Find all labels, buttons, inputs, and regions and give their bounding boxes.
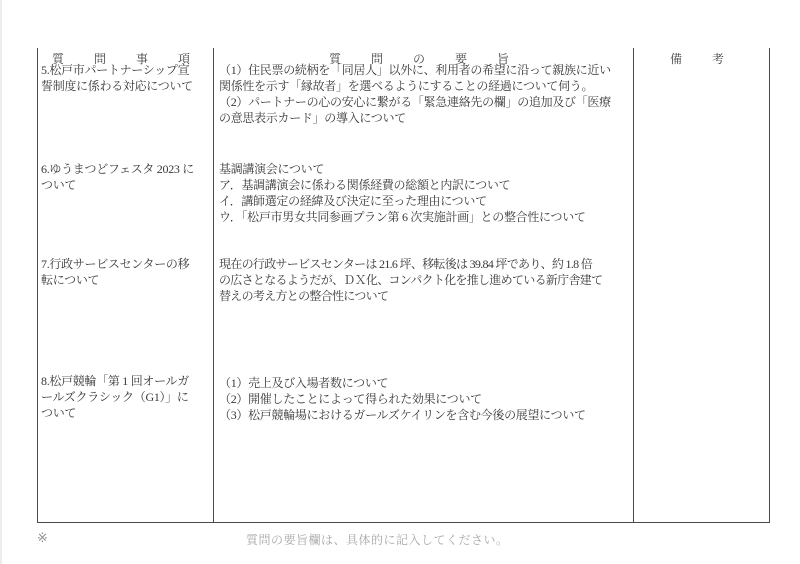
column-question-summary: 質 問 の 要 旨 （1）住民票の続柄を「同居人」以外に、利用者の希望に沿って親… [214,48,634,522]
header-remarks: 備 考 [634,50,769,67]
cell-q6-summary: 基調講演会について ア．基調講演会に係わる関係経費の総額と内訳について イ．講師… [219,161,632,225]
cell-q7-item: 7.行政サービスセンターの移 転について [41,256,211,288]
page-left-edge [0,0,2,564]
column-remarks: 備 考 [634,48,769,522]
cell-q7-summary: 現在の行政サービスセンターは 21.6 坪、移転後は 39.84 坪であり、約 … [219,256,632,304]
cell-q5-item: 5.松戸市パートナーシップ宣 誓制度に係わる対応について [41,62,211,94]
question-table: 質 問 事 項 5.松戸市パートナーシップ宣 誓制度に係わる対応について 6.ゆ… [37,48,770,523]
cell-q8-summary: （1）売上及び入場者数について （2）開催したことによって得られた効果について … [219,375,632,423]
column-question-items: 質 問 事 項 5.松戸市パートナーシップ宣 誓制度に係わる対応について 6.ゆ… [38,48,214,522]
footnote-text: 質問の要旨欄は、具体的に記入してください。 [246,531,509,548]
cell-q6-item: 6.ゆうまつどフェスタ 2023 に ついて [41,161,211,193]
scanned-question-form-page: 質 問 事 項 5.松戸市パートナーシップ宣 誓制度に係わる対応について 6.ゆ… [0,0,800,564]
footnote-marker: ※ [37,530,48,546]
cell-q8-item: 8.松戸競輪「第 1 回オールガ ールズクラシック（G1）」に ついて [41,373,211,421]
cell-q5-summary: （1）住民票の続柄を「同居人」以外に、利用者の希望に沿って親族に近い 関係性を示… [219,62,632,126]
